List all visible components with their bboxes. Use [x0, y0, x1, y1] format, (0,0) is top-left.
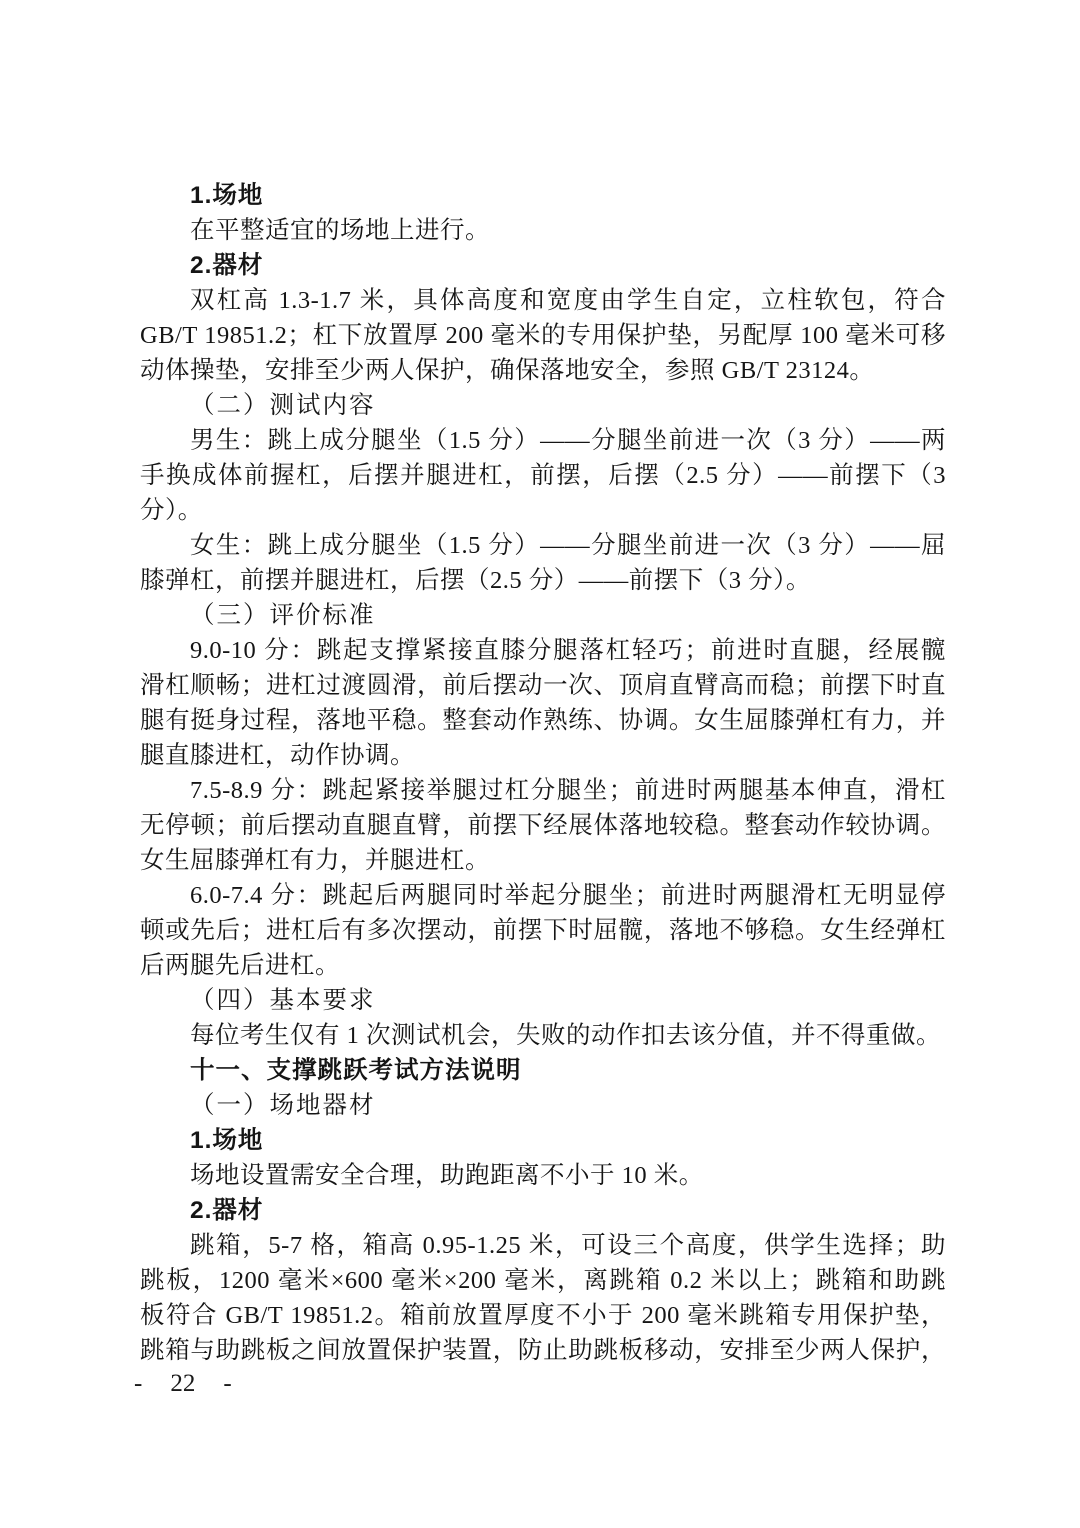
text-line: 膝弹杠，前摆并腿进杠，后摆（2.5 分）——前摆下（3 分）。 [140, 563, 946, 598]
text-line: 跳箱与助跳板之间放置保护装置，防止助跳板移动，安排至少两人保护， [140, 1333, 946, 1368]
text-line: 分）。 [140, 493, 946, 528]
section-heading: 2.器材 [140, 248, 946, 283]
text-line: 跳箱，5-7 格，箱高 0.95-1.25 米，可设三个高度，供学生选择；助 [140, 1228, 946, 1263]
text-line: 板符合 GB/T 19851.2。箱前放置厚度不小于 200 毫米跳箱专用保护垫… [140, 1298, 946, 1333]
sub-heading: （三）评价标准 [140, 598, 946, 633]
text-line: 顿或先后；进杠后有多次摆动，前摆下时屈髋，落地不够稳。女生经弹杠 [140, 913, 946, 948]
text-line: 腿有挺身过程，落地平稳。整套动作熟练、协调。女生屈膝弹杠有力，并 [140, 703, 946, 738]
text-line: 跳板，1200 毫米×600 毫米×200 毫米，离跳箱 0.2 米以上；跳箱和… [140, 1263, 946, 1298]
text-line: 后两腿先后进杠。 [140, 948, 946, 983]
footer-left-dash: - [134, 1370, 142, 1398]
text-line: 女生：跳上成分腿坐（1.5 分）——分腿坐前进一次（3 分）——屈 [140, 528, 946, 563]
section-heading: 1.场地 [140, 1123, 946, 1158]
text-line: 女生屈膝弹杠有力，并腿进杠。 [140, 843, 946, 878]
text-line: 男生：跳上成分腿坐（1.5 分）——分腿坐前进一次（3 分）——两 [140, 423, 946, 458]
text-line: 无停顿；前后摆动直腿直臂，前摆下经展体落地较稳。整套动作较协调。 [140, 808, 946, 843]
document-body: 1.场地在平整适宜的场地上进行。2.器材双杠高 1.3-1.7 米，具体高度和宽… [140, 178, 946, 1368]
sub-heading: （一）场地器材 [140, 1088, 946, 1123]
text-line: GB/T 19851.2；杠下放置厚 200 毫米的专用保护垫，另配厚 100 … [140, 318, 946, 353]
text-line: 滑杠顺畅；进杠过渡圆滑，前后摆动一次、顶肩直臂高而稳；前摆下时直 [140, 668, 946, 703]
text-line: 每位考生仅有 1 次测试机会，失败的动作扣去该分值，并不得重做。 [140, 1018, 946, 1053]
section-heading: 1.场地 [140, 178, 946, 213]
text-line: 动体操垫，安排至少两人保护，确保落地安全，参照 GB/T 23124。 [140, 353, 946, 388]
page-footer: - 22 - [134, 1370, 232, 1398]
footer-right-dash: - [223, 1370, 231, 1398]
section-heading: 十一、支撑跳跃考试方法说明 [140, 1053, 946, 1088]
text-line: 6.0-7.4 分：跳起后两腿同时举起分腿坐；前进时两腿滑杠无明显停 [140, 878, 946, 913]
sub-heading: （二）测试内容 [140, 388, 946, 423]
text-line: 腿直膝进杠，动作协调。 [140, 738, 946, 773]
sub-heading: （四）基本要求 [140, 983, 946, 1018]
text-line: 双杠高 1.3-1.7 米，具体高度和宽度由学生自定，立柱软包，符合 [140, 283, 946, 318]
page-number: 22 [170, 1370, 195, 1398]
text-line: 9.0-10 分：跳起支撑紧接直膝分腿落杠轻巧；前进时直腿，经展髋 [140, 633, 946, 668]
text-line: 手换成体前握杠，后摆并腿进杠，前摆，后摆（2.5 分）——前摆下（3 [140, 458, 946, 493]
text-line: 场地设置需安全合理，助跑距离不小于 10 米。 [140, 1158, 946, 1193]
section-heading: 2.器材 [140, 1193, 946, 1228]
text-line: 在平整适宜的场地上进行。 [140, 213, 946, 248]
text-line: 7.5-8.9 分：跳起紧接举腿过杠分腿坐；前进时两腿基本伸直，滑杠 [140, 773, 946, 808]
document-page: 1.场地在平整适宜的场地上进行。2.器材双杠高 1.3-1.7 米，具体高度和宽… [0, 0, 1080, 1528]
